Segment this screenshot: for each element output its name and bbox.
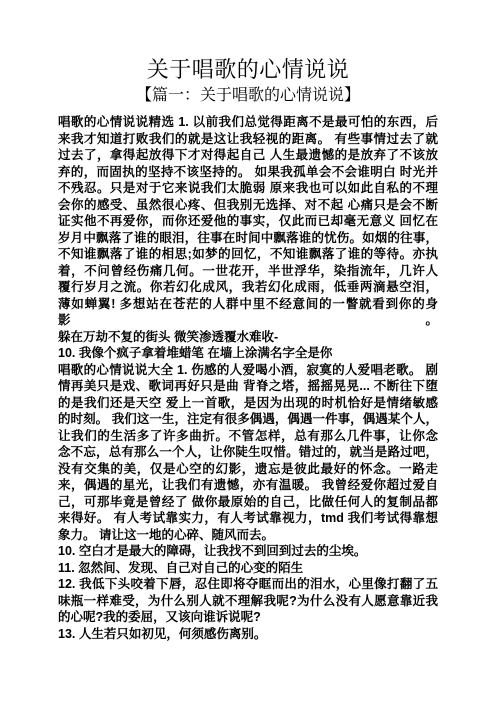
text-line: 念不忘，总有那么一个人，让你陡生叹惜。错过的，就当是路过吧， — [58, 444, 438, 461]
text-line: 的心呢?我的委屈，又该向谁诉说呢? — [58, 609, 438, 626]
text-line: 12. 我低下头咬着下唇，忍住即将夺眶而出的泪水，心里像打翻了五 — [58, 576, 438, 593]
text-line: 象力。 请让这一地的心碎、随风而去。 — [58, 527, 438, 544]
text-line: 不知谁飘落了谁的相思;如梦的回忆，不知谁飘落了谁的等待。亦执 — [58, 246, 438, 263]
text-line: 的时刻。 我们这一生，注定有很多偶遇，偶遇一件事，偶遇某个人， — [58, 411, 438, 428]
text-line: 弃的，而固执的坚持不该坚持的。 如果我孤单会不会谁明白 时光并 — [58, 164, 438, 181]
text-line: 唱歌的心情说说精选 1. 以前我们总觉得距离不是最可怕的东西，后 — [58, 114, 438, 131]
text-line: 不残忍。只是对于它来说我们太脆弱 原来我也可以如此自私的不理 — [58, 180, 438, 197]
section-heading: 【篇一：关于唱歌的心情说说】 — [0, 86, 496, 106]
text-line: 10. 空白才是最大的障碍，让我找不到回到过去的尘埃。 — [58, 543, 438, 560]
text-line: 着，不问曾经伤痛几何。一世花开，半世浮华，染指流年，几许人 — [58, 263, 438, 280]
text-line: 没有交集的美，仅是心空的幻影，遗忘是彼此最好的怀念。一路走 — [58, 461, 438, 478]
text-line: 来得好。 有人考试靠实力，有人考试靠视力，tmd 我们考试得靠想 — [58, 510, 438, 527]
text-line: 薄如蝉翼! 多想站在苍茫的人群中里不经意间的一瞥就看到你的身影。 — [58, 296, 438, 329]
document-body: 唱歌的心情说说精选 1. 以前我们总觉得距离不是最可怕的东西，后来我才知道打败我… — [58, 114, 438, 642]
text-line: 来，偶遇的星光，让我们有遗憾，亦有温暖。 我曾经爱你超过爱自 — [58, 477, 438, 494]
document-page: 关于唱歌的心情说说 【篇一：关于唱歌的心情说说】 唱歌的心情说说精选 1. 以前… — [0, 0, 496, 702]
text-line: 的是我们还是天空 爱上一首歌，是因为出现的时机恰好是情绪敏感 — [58, 395, 438, 412]
text-line: 13. 人生若只如初见，何须感伤离别。 — [58, 626, 438, 643]
text-line: 10. 我像个疯子拿着堆蜡笔 在墙上涂满名字全是你 — [58, 345, 438, 362]
text-line: 躲在万劫不复的街头 微笑渗透覆水难收- — [58, 329, 438, 346]
text-line: 岁月中飘落了谁的眼泪，往事在时间中飘落谁的忧伤。如烟的往事， — [58, 230, 438, 247]
text-line: 让我们的生活多了许多曲折。不管怎样，总有那么几件事，让你念 — [58, 428, 438, 445]
text-line: 会你的感受、虽然很心疼、但我别无选择、对不起 心痛只是会不断 — [58, 197, 438, 214]
text-line: 情再美只是戏、歌词再好只是曲 背脊之塔，摇摇晃晃... 不断往下堕 — [58, 378, 438, 395]
text-line: 证实他不再爱你，而你还爱他的事实，仅此而已却毫无意义 回忆在 — [58, 213, 438, 230]
text-line: 过去了，拿得起放得下才对得起自己 人生最遗憾的是放弃了不该放 — [58, 147, 438, 164]
text-line: 11. 忽然间、发现、自己对自己的心变的陌生 — [58, 560, 438, 577]
page-title: 关于唱歌的心情说说 — [0, 57, 496, 83]
text-line: 己，可那毕竟是曾经了 做你最原始的自己，比做任何人的复制品都 — [58, 494, 438, 511]
text-line: 来我才知道打败我们的就是这让我轻视的距离。 有些事情过去了就 — [58, 131, 438, 148]
text-line: 味瓶一样难受，为什么别人就不理解我呢?为什么没有人愿意靠近我 — [58, 593, 438, 610]
text-line: 覆行岁月之流。你若幻化成风，我若幻化成雨，低垂两滴悬空泪， — [58, 279, 438, 296]
text-line: 唱歌的心情说说大全 1. 伤感的人爱喝小酒，寂寞的人爱唱老歌。 剧 — [58, 362, 438, 379]
